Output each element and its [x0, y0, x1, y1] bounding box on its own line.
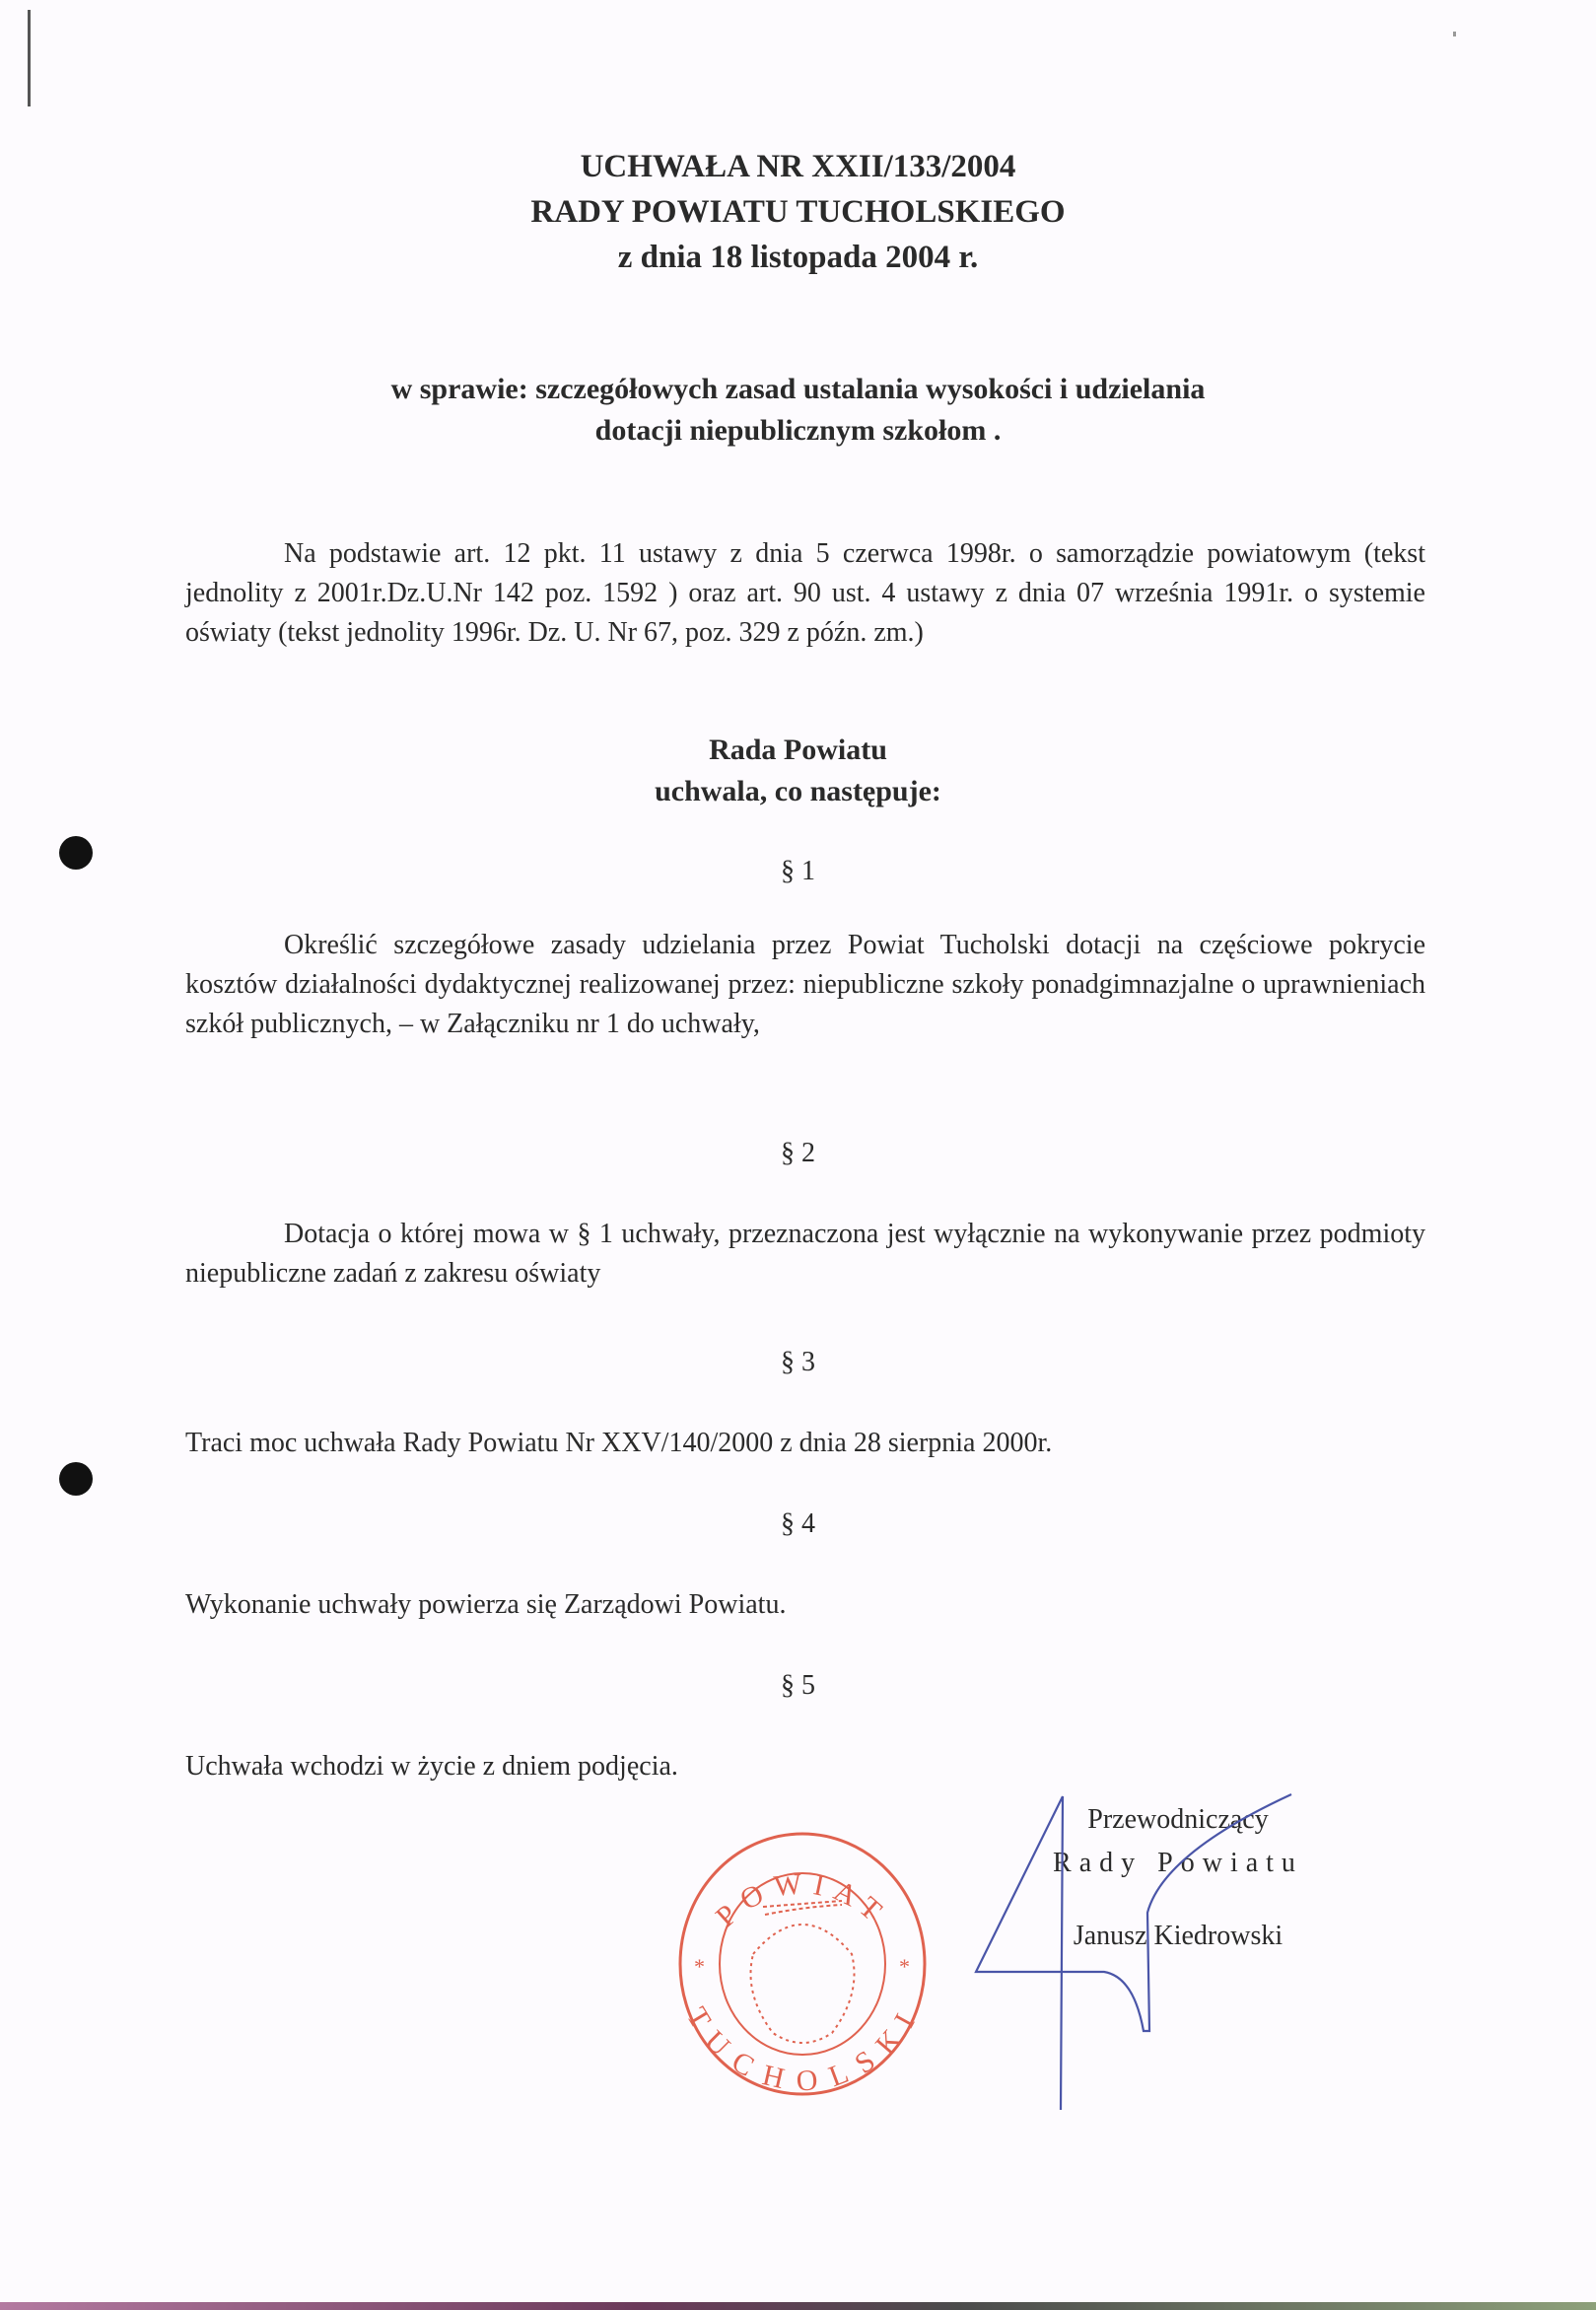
official-stamp: POWIAT TUCHOLSKI * * [674, 1826, 931, 2102]
section-mark-1: § 1 [0, 856, 1596, 887]
section-mark-5: § 5 [0, 1670, 1596, 1702]
section-3-text: Traci moc uchwała Rady Powiatu Nr XXV/14… [185, 1424, 1425, 1463]
subject-line: w sprawie: szczegółowych zasad ustalania… [0, 369, 1596, 410]
title-line: UCHWAŁA NR XXII/133/2004 [0, 144, 1596, 189]
svg-text:*: * [694, 1954, 705, 1979]
punch-hole [59, 1462, 93, 1496]
section-1-text: Określić szczegółowe zasady udzielania p… [185, 926, 1425, 1044]
svg-text:*: * [899, 1954, 910, 1979]
section-mark-2: § 2 [0, 1138, 1596, 1169]
resolution-subject: w sprawie: szczegółowych zasad ustalania… [0, 369, 1596, 452]
section-5-text: Uchwała wchodzi w życie z dniem podjęcia… [185, 1747, 1425, 1786]
section-4-text: Wykonanie uchwały powierza się Zarządowi… [185, 1585, 1425, 1625]
section-2-text: Dotacja o której mowa w § 1 uchwały, prz… [185, 1215, 1425, 1294]
preamble: Na podstawie art. 12 pkt. 11 ustawy z dn… [185, 534, 1425, 653]
resolves-line: uchwala, co następuje: [0, 771, 1596, 812]
subject-line: dotacji niepublicznym szkołom . [0, 410, 1596, 452]
binder-mark [28, 10, 31, 106]
title-line: RADY POWIATU TUCHOLSKIEGO [0, 189, 1596, 235]
svg-text:TUCHOLSKI: TUCHOLSKI [680, 2001, 926, 2097]
svg-text:POWIAT: POWIAT [710, 1867, 895, 1934]
council-name: Rada Powiatu [0, 730, 1596, 771]
section-mark-3: § 3 [0, 1347, 1596, 1378]
handwritten-signature [966, 1785, 1301, 2120]
scan-speck [1453, 32, 1456, 36]
section-mark-4: § 4 [0, 1508, 1596, 1540]
resolves-heading: Rada Powiatu uchwala, co następuje: [0, 730, 1596, 812]
title-date: z dnia 18 listopada 2004 r. [0, 235, 1596, 280]
scan-bottom-edge [0, 2302, 1596, 2310]
resolution-title: UCHWAŁA NR XXII/133/2004 RADY POWIATU TU… [0, 144, 1596, 280]
